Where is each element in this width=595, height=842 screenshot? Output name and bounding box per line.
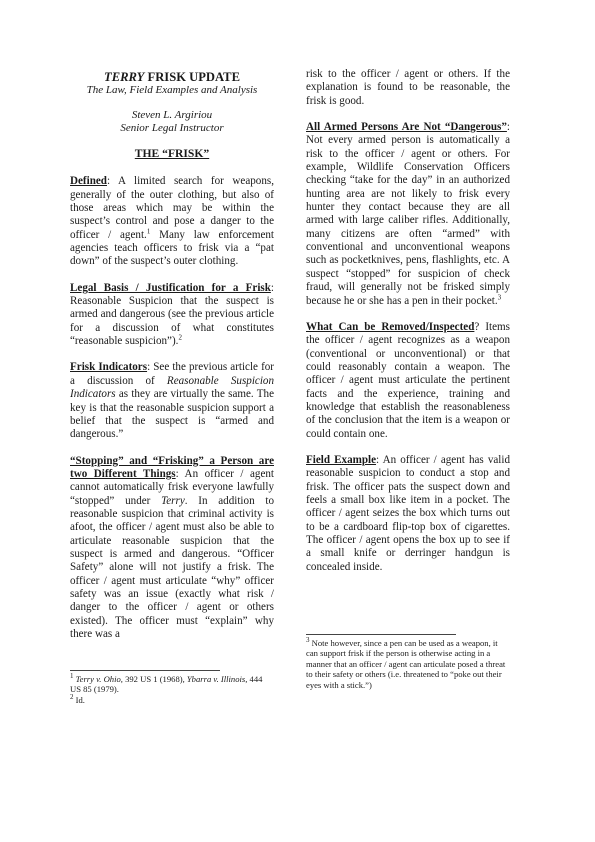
paragraph-stopping-frisking: “Stopping” and “Frisking” a Person are t…	[70, 455, 274, 642]
footnote-3: 3 Note however, since a pen can be used …	[306, 638, 510, 690]
footnote-divider	[306, 634, 456, 635]
footnote-2: 2 Id.	[70, 695, 274, 705]
paragraph-removed-inspected: What Can be Removed/Inspected? Items the…	[306, 321, 510, 441]
footnote-divider	[70, 670, 220, 671]
heading-legal-basis: Legal Basis / Justification for a Frisk	[70, 282, 271, 294]
paragraph-all-armed: All Armed Persons Are Not “Dangerous”: N…	[306, 121, 510, 308]
paragraph-legal-basis: Legal Basis / Justification for a Frisk:…	[70, 282, 274, 349]
document-title: TERRY FRISK UPDATE	[70, 70, 274, 84]
paragraph-continuation: risk to the officer / agent or others. I…	[306, 68, 510, 108]
right-column: risk to the officer / agent or others. I…	[306, 68, 510, 587]
left-column: TERRY FRISK UPDATE The Law, Field Exampl…	[70, 68, 274, 654]
footnotes-right: 3 Note however, since a pen can be used …	[306, 626, 510, 690]
heading-all-armed: All Armed Persons Are Not “Dangerous”	[306, 121, 507, 133]
author-title: Senior Legal Instructor	[70, 122, 274, 135]
paragraph-frisk-indicators: Frisk Indicators: See the previous artic…	[70, 361, 274, 441]
footnote-1: 1 Terry v. Ohio, 392 US 1 (1968), Ybarra…	[70, 674, 274, 695]
author-name: Steven L. Argiriou	[70, 109, 274, 122]
section-heading: THE “FRISK”	[70, 147, 274, 160]
heading-defined: Defined	[70, 175, 107, 187]
document-subtitle: The Law, Field Examples and Analysis	[70, 84, 274, 97]
heading-removed-inspected: What Can be Removed/Inspected	[306, 321, 474, 333]
footnotes-left: 1 Terry v. Ohio, 392 US 1 (1968), Ybarra…	[70, 662, 274, 705]
heading-frisk-indicators: Frisk Indicators	[70, 361, 147, 373]
paragraph-defined: Defined: A limited search for weapons, g…	[70, 175, 274, 268]
footnote-ref-2: 2	[178, 333, 182, 341]
footnote-ref-3: 3	[498, 293, 502, 301]
paragraph-field-example: Field Example: An officer / agent has va…	[306, 454, 510, 574]
heading-field-example: Field Example	[306, 454, 376, 466]
